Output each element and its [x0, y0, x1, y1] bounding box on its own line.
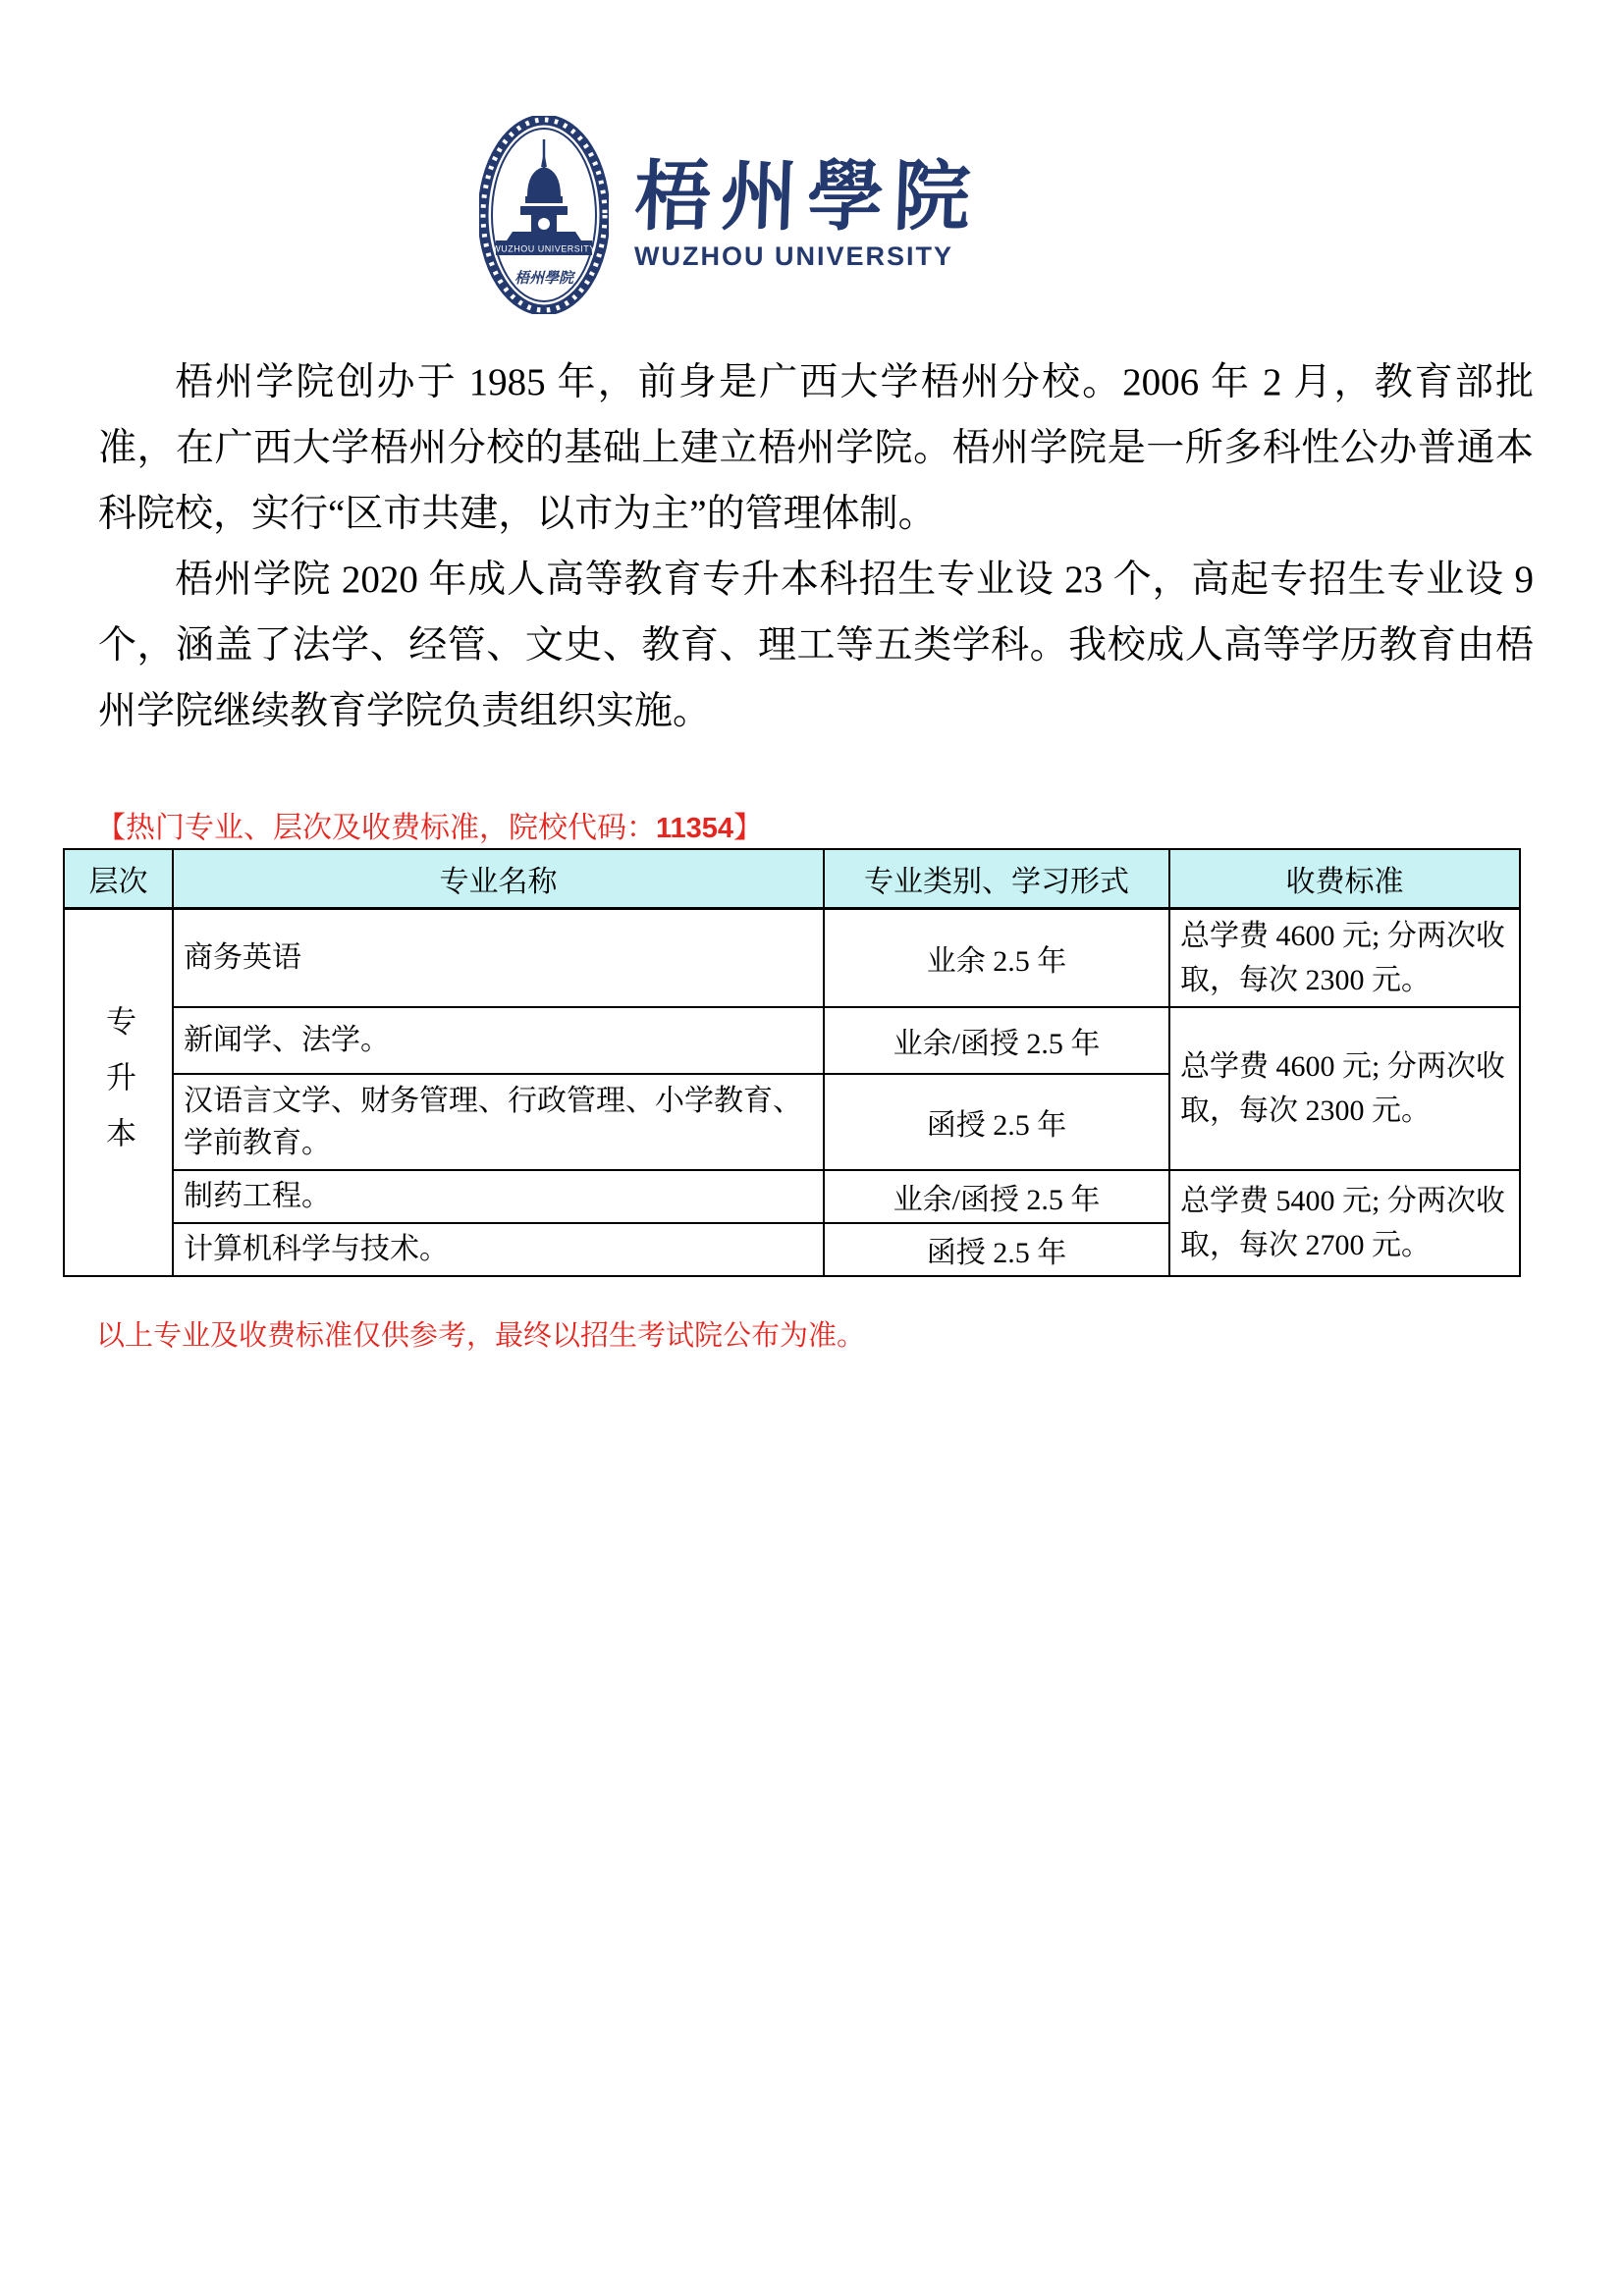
col-header-mode: 专业类别、学习形式	[824, 849, 1169, 909]
section-heading: 【热门专业、层次及收费标准，院校代码：11354】	[96, 803, 763, 846]
table-header-row: 层次 专业名称 专业类别、学习形式 收费标准	[64, 849, 1520, 909]
intro-section: 梧州学院创办于 1985 年，前身是广西大学梧州分校。2006 年 2 月，教育…	[98, 349, 1534, 744]
level-label: 专升本	[103, 1005, 134, 1173]
fee-cell: 总学费 4600 元; 分两次收取，每次 2300 元。	[1169, 1007, 1520, 1170]
logo-cn-title: 梧州學院	[633, 159, 982, 236]
mode-cell: 业余 2.5 年	[824, 909, 1169, 1008]
document-page: WUZHOU UNIVERSITY 梧州學院 梧州學院 WUZHOU UNIVE…	[0, 0, 1624, 2296]
level-cell: 专升本	[64, 909, 173, 1277]
emblem-script-label: 梧州學院	[514, 270, 576, 287]
major-cell: 制药工程。	[173, 1170, 824, 1223]
mode-cell: 业余/函授 2.5 年	[824, 1007, 1169, 1074]
section-heading-prefix: 【热门专业、层次及收费标准，院校代码：	[96, 812, 656, 844]
disclaimer-note: 以上专业及收费标准仅供参考，最终以招生考试院公布为准。	[96, 1313, 865, 1354]
mode-cell: 函授 2.5 年	[824, 1223, 1169, 1276]
col-header-level: 层次	[64, 849, 173, 909]
fee-table: 层次 专业名称 专业类别、学习形式 收费标准 专升本 商务英语 业余 2.5 年…	[63, 848, 1521, 1277]
logo-en-title: WUZHOU UNIVERSITY	[634, 241, 980, 272]
section-heading-suffix: 】	[733, 812, 763, 844]
major-cell: 商务英语	[173, 909, 824, 1008]
logo-text-block: 梧州學院 WUZHOU UNIVERSITY	[634, 159, 980, 272]
major-cell: 汉语言文学、财务管理、行政管理、小学教育、学前教育。	[173, 1074, 824, 1170]
university-logo: WUZHOU UNIVERSITY 梧州學院 梧州學院 WUZHOU UNIVE…	[479, 116, 980, 314]
fee-cell: 总学费 4600 元; 分两次收取，每次 2300 元。	[1169, 909, 1520, 1008]
fee-cell: 总学费 5400 元; 分两次收取，每次 2700 元。	[1169, 1170, 1520, 1276]
university-emblem-icon: WUZHOU UNIVERSITY 梧州學院	[479, 116, 609, 314]
major-cell: 新闻学、法学。	[173, 1007, 824, 1074]
intro-paragraph-1: 梧州学院创办于 1985 年，前身是广西大学梧州分校。2006 年 2 月，教育…	[98, 349, 1534, 547]
school-code: 11354	[656, 813, 733, 844]
col-header-fee: 收费标准	[1169, 849, 1520, 909]
emblem-band-label: WUZHOU UNIVERSITY	[492, 244, 596, 254]
table-row: 新闻学、法学。 业余/函授 2.5 年 总学费 4600 元; 分两次收取，每次…	[64, 1007, 1520, 1074]
mode-cell: 业余/函授 2.5 年	[824, 1170, 1169, 1223]
col-header-major: 专业名称	[173, 849, 824, 909]
table-row: 专升本 商务英语 业余 2.5 年 总学费 4600 元; 分两次收取，每次 2…	[64, 909, 1520, 1008]
table-row: 制药工程。 业余/函授 2.5 年 总学费 5400 元; 分两次收取，每次 2…	[64, 1170, 1520, 1223]
intro-paragraph-2: 梧州学院 2020 年成人高等教育专升本科招生专业设 23 个，高起专招生专业设…	[98, 547, 1534, 744]
mode-cell: 函授 2.5 年	[824, 1074, 1169, 1170]
major-cell: 计算机科学与技术。	[173, 1223, 824, 1276]
